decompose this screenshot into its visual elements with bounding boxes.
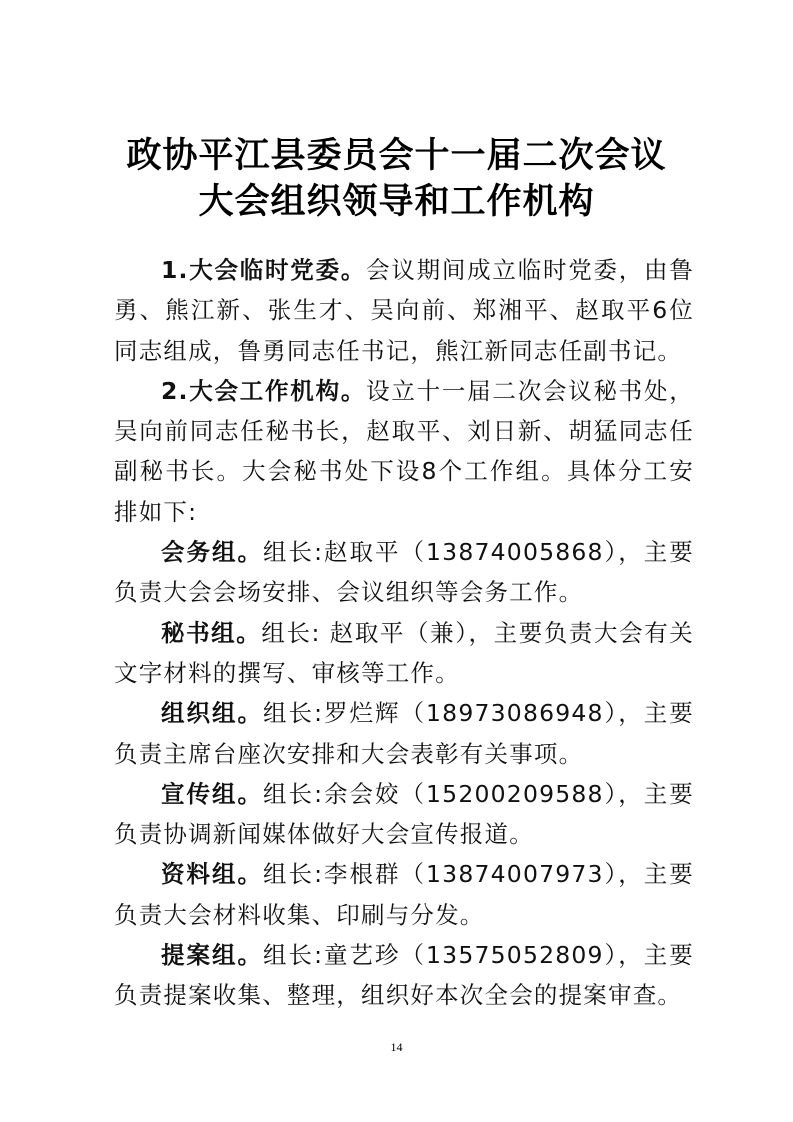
paragraph-lead: 提案组。 — [161, 941, 263, 969]
paragraph-publicity-group: 宣传组。组长:余会姣（15200209588），主要负责协调新闻媒体做好大会宣传… — [114, 774, 694, 855]
paragraph-lead: 会务组。 — [161, 538, 263, 566]
page-number: 14 — [0, 1040, 793, 1055]
paragraph-lead: 1.大会临时党委。 — [161, 256, 366, 284]
paragraph-lead: 资料组。 — [161, 860, 263, 888]
paragraph-lead: 宣传组。 — [161, 780, 263, 808]
paragraph-lead: 秘书组。 — [161, 619, 261, 647]
document-body: 1.大会临时党委。会议期间成立临时党委，由鲁勇、熊江新、张生才、吴向前、郑湘平、… — [114, 250, 694, 1016]
paragraph-working-bodies: 2.大会工作机构。设立十一届二次会议秘书处，吴向前同志任秘书长，赵取平、刘日新、… — [114, 371, 694, 532]
document-title-line1: 政协平江县委员会十一届二次会议 — [0, 128, 793, 178]
paragraph-organization-group: 组织组。组长:罗烂辉（18973086948），主要负责主席台座次安排和大会表彰… — [114, 693, 694, 774]
paragraph-lead: 组织组。 — [161, 699, 263, 727]
paragraph-materials-group: 资料组。组长:李根群（13874007973），主要负责大会材料收集、印刷与分发… — [114, 854, 694, 935]
paragraph-lead: 2.大会工作机构。 — [161, 377, 366, 405]
paragraph-proposal-group: 提案组。组长:童艺珍（13575052809），主要负责提案收集、整理，组织好本… — [114, 935, 694, 1016]
paragraph-affairs-group: 会务组。组长:赵取平（13874005868），主要负责大会会场安排、会议组织等… — [114, 532, 694, 613]
document-page: 政协平江县委员会十一届二次会议 大会组织领导和工作机构 1.大会临时党委。会议期… — [0, 0, 793, 1122]
paragraph-secretary-group: 秘书组。组长: 赵取平（兼），主要负责大会有关文字材料的撰写、审核等工作。 — [114, 613, 694, 694]
paragraph-temporary-party-committee: 1.大会临时党委。会议期间成立临时党委，由鲁勇、熊江新、张生才、吴向前、郑湘平、… — [114, 250, 694, 371]
document-title-line2: 大会组织领导和工作机构 — [0, 174, 793, 224]
